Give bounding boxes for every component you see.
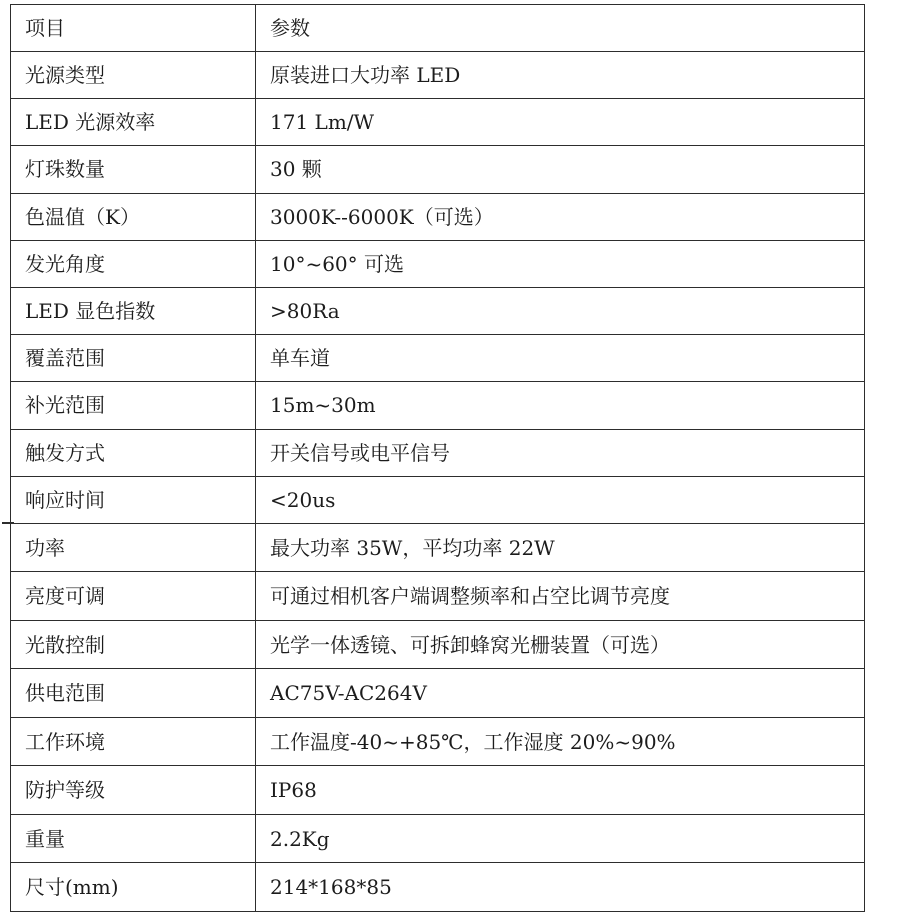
param-cell: IP68 — [256, 766, 865, 815]
param-cell: 可通过相机客户端调整频率和占空比调节亮度 — [256, 572, 865, 621]
param-cell: 2.2Kg — [256, 814, 865, 863]
item-cell: 光散控制 — [11, 620, 256, 669]
param-cell: 工作温度-40~+85℃，工作湿度 20%~90% — [256, 717, 865, 766]
param-cell: 171 Lm/W — [256, 99, 865, 146]
item-cell: 功率 — [11, 523, 256, 572]
item-cell: 响应时间 — [11, 476, 256, 523]
item-cell: 覆盖范围 — [11, 335, 256, 382]
param-cell: 光学一体透镜、可拆卸蜂窝光栅装置（可选） — [256, 620, 865, 669]
param-cell: 15m~30m — [256, 382, 865, 429]
table-row: 补光范围15m~30m — [11, 382, 865, 429]
table-row: 光散控制光学一体透镜、可拆卸蜂窝光栅装置（可选） — [11, 620, 865, 669]
table-row: 亮度可调可通过相机客户端调整频率和占空比调节亮度 — [11, 572, 865, 621]
param-cell: 单车道 — [256, 335, 865, 382]
param-cell: 214*168*85 — [256, 863, 865, 912]
param-cell: 30 颗 — [256, 146, 865, 193]
item-cell: 色温值（K） — [11, 193, 256, 240]
table-row: 工作环境工作温度-40~+85℃，工作湿度 20%~90% — [11, 717, 865, 766]
item-cell: 发光角度 — [11, 240, 256, 287]
item-cell: 光源类型 — [11, 52, 256, 99]
table-row: 光源类型原装进口大功率 LED — [11, 52, 865, 99]
table-row: 色温值（K）3000K--6000K（可选） — [11, 193, 865, 240]
table-row: 覆盖范围单车道 — [11, 335, 865, 382]
page: 项目 参数 光源类型原装进口大功率 LEDLED 光源效率171 Lm/W灯珠数… — [0, 0, 900, 921]
item-cell: 工作环境 — [11, 717, 256, 766]
item-cell: LED 光源效率 — [11, 99, 256, 146]
table-row: 供电范围AC75V-AC264V — [11, 669, 865, 718]
table-row: 触发方式开关信号或电平信号 — [11, 429, 865, 476]
table-row: 响应时间<20us — [11, 476, 865, 523]
item-cell: 触发方式 — [11, 429, 256, 476]
item-cell: 亮度可调 — [11, 572, 256, 621]
param-cell: 最大功率 35W，平均功率 22W — [256, 523, 865, 572]
table-row: LED 显色指数>80Ra — [11, 287, 865, 334]
param-cell: 10°~60° 可选 — [256, 240, 865, 287]
table-row: 发光角度10°~60° 可选 — [11, 240, 865, 287]
column-header-item: 项目 — [11, 5, 256, 52]
item-cell: 防护等级 — [11, 766, 256, 815]
table-body: 光源类型原装进口大功率 LEDLED 光源效率171 Lm/W灯珠数量30 颗色… — [11, 52, 865, 912]
item-cell: 尺寸(mm) — [11, 863, 256, 912]
param-cell: AC75V-AC264V — [256, 669, 865, 718]
item-cell: 补光范围 — [11, 382, 256, 429]
table-row: 尺寸(mm)214*168*85 — [11, 863, 865, 912]
spec-table: 项目 参数 光源类型原装进口大功率 LEDLED 光源效率171 Lm/W灯珠数… — [10, 4, 865, 912]
table-row: 重量2.2Kg — [11, 814, 865, 863]
param-cell: >80Ra — [256, 287, 865, 334]
item-cell: 灯珠数量 — [11, 146, 256, 193]
table-row: 灯珠数量30 颗 — [11, 146, 865, 193]
param-cell: 原装进口大功率 LED — [256, 52, 865, 99]
param-cell: 3000K--6000K（可选） — [256, 193, 865, 240]
header-row: 项目 参数 — [11, 5, 865, 52]
param-cell: <20us — [256, 476, 865, 523]
item-cell: LED 显色指数 — [11, 287, 256, 334]
column-header-param: 参数 — [256, 5, 865, 52]
item-cell: 供电范围 — [11, 669, 256, 718]
item-cell: 重量 — [11, 814, 256, 863]
table-row: 功率最大功率 35W，平均功率 22W — [11, 523, 865, 572]
table-row: LED 光源效率171 Lm/W — [11, 99, 865, 146]
param-cell: 开关信号或电平信号 — [256, 429, 865, 476]
table-row: 防护等级IP68 — [11, 766, 865, 815]
page-break-line — [2, 522, 14, 524]
